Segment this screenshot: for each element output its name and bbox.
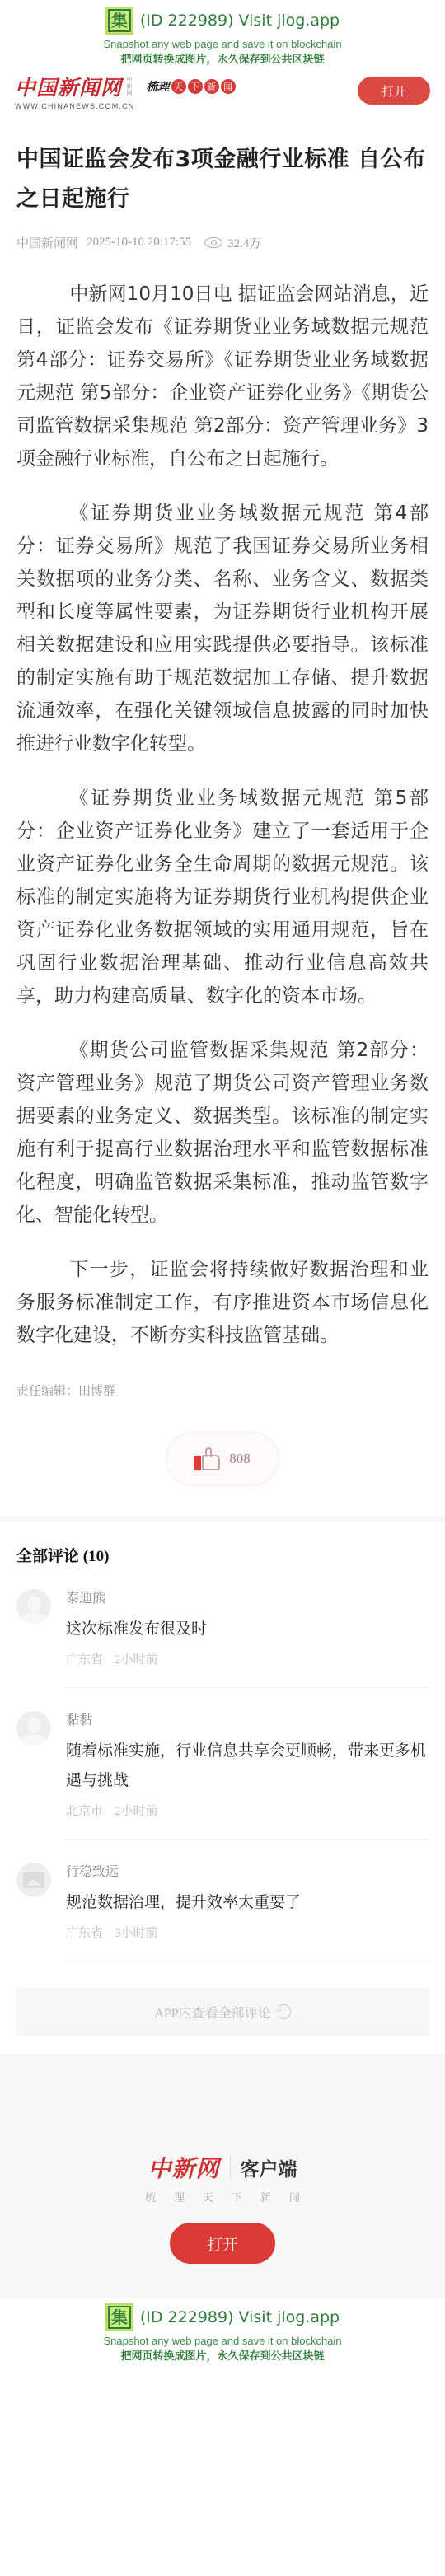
comments-section: 全部评论 (10) 泰迪熊 这次标准发布很及时 广东省2小时前 黏黏 随着标准实… xyxy=(0,1544,445,2036)
app-brand: 中新网 客户端 xyxy=(148,2151,297,2184)
comment-author: 泰迪熊 xyxy=(66,1589,429,1607)
comment-author: 行稳致远 xyxy=(66,1863,429,1881)
comment-location: 广东省 xyxy=(66,1927,103,1940)
jlog-subtitle-cn: 把网页转换成图片，永久保存到公共区块链 xyxy=(0,50,445,66)
slogan-circle: 天 xyxy=(171,79,186,94)
open-app-button[interactable]: 打开 xyxy=(358,77,430,105)
jlog-banner-top: 集 (ID 222989) Visit jlog.app Snapshot an… xyxy=(0,0,445,66)
avatar-default-user-icon xyxy=(16,1589,51,1624)
slogan-char: 下 xyxy=(232,2189,242,2204)
article-paragraph: 下一步，证监会将持续做好数据治理和业务服务标准制定工作，有序推进资本市场信息化数… xyxy=(16,1253,429,1352)
comment-location: 广东省 xyxy=(66,1653,103,1667)
brand-name: 中国新闻网 xyxy=(15,72,122,101)
brand-mini: 中 新 网 xyxy=(125,77,133,96)
slogan-prefix: 梳理 xyxy=(147,78,170,95)
comment-item: 泰迪熊 这次标准发布很及时 广东省2小时前 xyxy=(16,1589,429,1688)
jlog-mark-glyph: 集 xyxy=(108,9,131,32)
article-body: 中新网10月10日电 据证监会网站消息，近日，证监会发布《证券期货业业务域数据元… xyxy=(16,278,429,1352)
slogan-circle: 新 xyxy=(204,79,219,94)
article-datetime: 2025-10-10 20:17:55 xyxy=(87,236,191,250)
comment-time: 2小时前 xyxy=(115,1653,158,1667)
comment-location: 北京市 xyxy=(66,1805,103,1818)
comment-time: 2小时前 xyxy=(115,1805,158,1818)
slogan-char: 闻 xyxy=(289,2189,300,2204)
comment-text: 规范数据治理，提升效率太重要了 xyxy=(66,1887,429,1917)
comment-meta: 广东省3小时前 xyxy=(66,1924,429,1941)
comment-author: 黏黏 xyxy=(66,1711,429,1729)
section-divider xyxy=(0,1516,445,1522)
app-client-label: 客户端 xyxy=(241,2154,297,2181)
brand-mini-char: 新 xyxy=(125,83,133,90)
editor-credit: 责任编辑：田博群 xyxy=(16,1382,429,1399)
article-source: 中国新闻网 xyxy=(16,234,78,251)
view-count-value: 32.4万 xyxy=(227,234,261,251)
site-header: 中国新闻网 中 新 网 WWW.CHINANEWS.COM.CN 梳理 天 下 … xyxy=(0,66,445,115)
jlog-logo-icon: 集 xyxy=(105,7,133,35)
jlog-title[interactable]: (ID 222989) Visit jlog.app xyxy=(140,2308,340,2326)
slogan-char: 新 xyxy=(260,2189,271,2204)
brand-mini-char: 中 xyxy=(125,77,133,83)
article: 中国证监会发布3项金融行业标准 自公布之日起施行 中国新闻网 2025-10-1… xyxy=(0,140,445,1399)
jlog-subtitle-en: Snapshot any web page and save it on blo… xyxy=(0,38,445,50)
comment-time: 3小时前 xyxy=(115,1927,158,1940)
brand-mini-char: 网 xyxy=(125,90,133,96)
comment-text: 随着标准实施，行业信息共享会更顺畅，带来更多机遇与挑战 xyxy=(66,1736,429,1795)
article-title: 中国证监会发布3项金融行业标准 自公布之日起施行 xyxy=(16,140,429,219)
slogan-char: 天 xyxy=(203,2189,213,2204)
comment-item: 行稳致远 规范数据治理，提升效率太重要了 广东省3小时前 xyxy=(16,1863,429,1961)
brand-url: WWW.CHINANEWS.COM.CN xyxy=(15,102,135,110)
avatar-image-placeholder-icon xyxy=(16,1863,51,1897)
jlog-subtitle-en: Snapshot any web page and save it on blo… xyxy=(0,2335,445,2347)
view-count: 32.4万 xyxy=(204,234,261,251)
article-paragraph: 《期货公司监管数据采集规范 第2部分：资产管理业务》规范了期货公司资产管理业务数… xyxy=(16,1034,429,1232)
brand: 中国新闻网 中 新 网 WWW.CHINANEWS.COM.CN 梳理 天 下 … xyxy=(15,72,236,110)
article-paragraph: 中新网10月10日电 据证监会网站消息，近日，证监会发布《证券期货业业务域数据元… xyxy=(16,278,429,475)
open-app-footer-button[interactable]: 打开 xyxy=(170,2223,275,2264)
jlog-subtitle-cn: 把网页转换成图片，永久保存到公共区块链 xyxy=(0,2347,445,2363)
header-slogan: 梳理 天 下 新 闻 xyxy=(147,78,236,95)
app-logo: 中新网 xyxy=(148,2151,219,2184)
like-count: 808 xyxy=(229,1451,251,1467)
view-all-comments-button[interactable]: APP内查看全部评论 xyxy=(16,1988,429,2036)
like-button[interactable]: 808 xyxy=(166,1432,279,1486)
article-paragraph: 《证券期货业业务域数据元规范 第4部分：证券交易所》规范了我国证券交易所业务相关… xyxy=(16,497,429,760)
like-section: 808 xyxy=(0,1432,445,1516)
comment-text: 这次标准发布很及时 xyxy=(66,1614,429,1643)
slogan-circle: 闻 xyxy=(221,79,236,94)
slogan-char: 梳 xyxy=(145,2189,156,2204)
thumbs-up-icon xyxy=(194,1447,221,1470)
article-meta: 中国新闻网 2025-10-10 20:17:55 32.4万 xyxy=(16,234,429,251)
comment-meta: 广东省2小时前 xyxy=(66,1650,429,1667)
view-all-label: APP内查看全部评论 xyxy=(154,2003,270,2022)
app-slogan: 梳 理 天 下 新 闻 xyxy=(145,2189,300,2204)
jlog-title[interactable]: (ID 222989) Visit jlog.app xyxy=(140,12,340,30)
chinanews-logo[interactable]: 中国新闻网 中 新 网 WWW.CHINANEWS.COM.CN xyxy=(15,72,135,110)
slogan-circle: 下 xyxy=(188,79,203,94)
comments-title: 全部评论 (10) xyxy=(16,1544,429,1566)
jlog-banner-bottom: 集 (ID 222989) Visit jlog.app Snapshot an… xyxy=(0,2298,445,2364)
jlog-logo-icon: 集 xyxy=(105,2303,133,2331)
comment-meta: 北京市2小时前 xyxy=(66,1802,429,1819)
brand-separator xyxy=(230,2156,231,2179)
comment-item: 黏黏 随着标准实施，行业信息共享会更顺畅，带来更多机遇与挑战 北京市2小时前 xyxy=(16,1711,429,1840)
slogan-char: 理 xyxy=(174,2189,185,2204)
jlog-mark-glyph: 集 xyxy=(108,2306,131,2329)
app-promo-footer: 中新网 客户端 梳 理 天 下 新 闻 打开 xyxy=(0,2054,445,2298)
article-paragraph: 《证券期货业业务域数据元规范 第5部分：企业资产证券化业务》建立了一套适用于企业… xyxy=(16,782,429,1012)
enter-arrow-icon xyxy=(276,2004,291,2019)
avatar-default-user-icon xyxy=(16,1711,51,1746)
eye-icon xyxy=(204,237,222,248)
